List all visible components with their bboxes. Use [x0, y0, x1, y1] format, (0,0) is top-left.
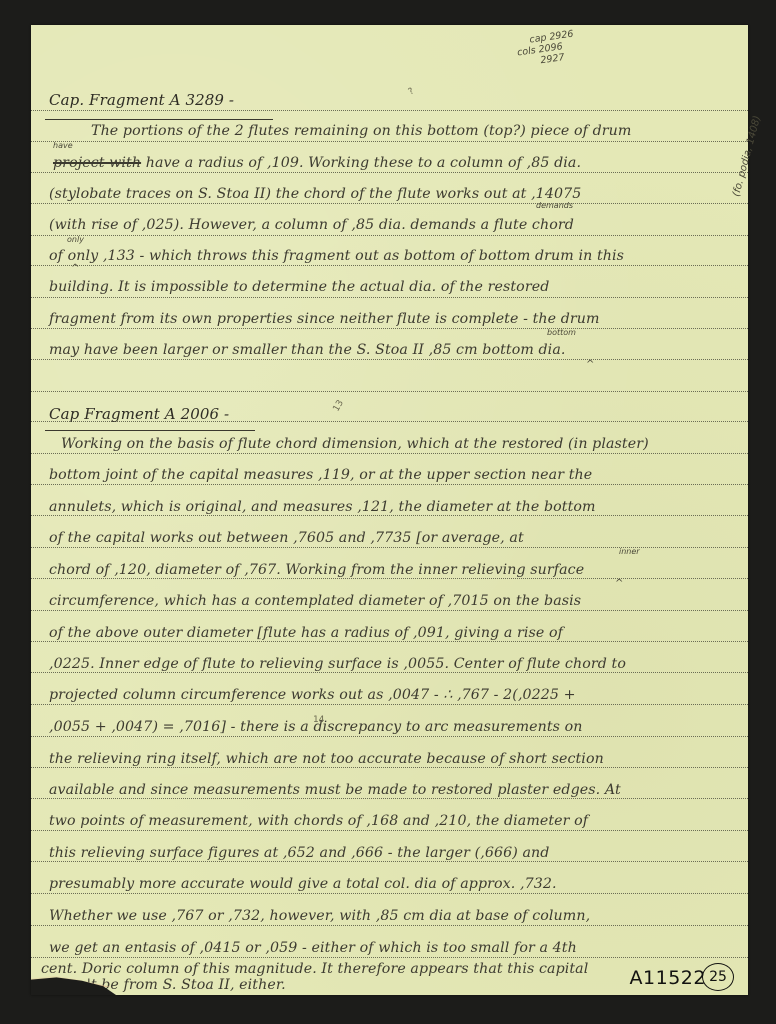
ruled-line: [31, 547, 748, 548]
inserted-word: inner: [619, 547, 640, 556]
text-line: the relieving ring itself, which are not…: [49, 751, 748, 767]
text-line: building. It is impossible to determine …: [49, 279, 748, 295]
ruled-line: [31, 767, 748, 768]
text-line: The portions of the 2 flutes remaining o…: [91, 123, 748, 139]
text-line: (with rise of ,025). However, a column o…: [49, 217, 748, 233]
section-heading-a3289: Cap. Fragment A 3289 -: [49, 91, 748, 109]
ruled-line: [31, 672, 748, 673]
ruled-line: [31, 265, 748, 266]
page-number-circled: 25: [702, 963, 734, 991]
ruled-line: [31, 172, 748, 173]
text-line: Working on the basis of flute chord dime…: [61, 436, 748, 452]
inserted-word: bottom: [547, 328, 576, 337]
inserted-word: demands: [536, 201, 573, 210]
insertion-caret: ^: [71, 263, 79, 274]
ruled-line: [31, 453, 748, 454]
text-line: chord of ,120, diameter of ,767. Working…: [49, 562, 748, 578]
text-line: ,0225. Inner edge of flute to relieving …: [49, 656, 748, 672]
text-line: we get an entasis of ,0415 or ,059 - eit…: [49, 940, 748, 956]
ruled-line: [31, 641, 748, 642]
ruled-line: [31, 141, 748, 142]
text-line: of the above outer diameter [flute has a…: [49, 625, 748, 641]
text-line: of only ,133 - which throws this fragmen…: [49, 248, 748, 264]
inserted-word: only: [67, 235, 84, 244]
struck-text: project with: [53, 155, 141, 171]
ruled-line: [31, 610, 748, 611]
heading-underline: [45, 119, 273, 120]
ruled-line: [31, 861, 748, 862]
ruled-line: [31, 578, 748, 579]
ruled-line: [31, 704, 748, 705]
ruled-line: [31, 328, 748, 329]
notebook-page: cap 2926 cols 2096 2927 ? (fo. podia, 14…: [31, 25, 748, 995]
inserted-word: have: [53, 141, 73, 150]
text-line: presumably more accurate would give a to…: [49, 876, 748, 892]
ruled-line: [31, 110, 748, 111]
ruled-line: [31, 203, 748, 204]
text-line: available and since measurements must be…: [49, 782, 748, 798]
text-line: annulets, which is original, and measure…: [49, 499, 748, 515]
insertion-caret: ^: [615, 578, 623, 589]
ruled-line: [31, 297, 748, 298]
text-line: fragment from its own properties since n…: [49, 311, 748, 327]
text-line: ,0055 + ,0047) = ,7016] - there is a dis…: [49, 719, 748, 735]
ruled-line: [31, 925, 748, 926]
section-heading-a2006: Cap Fragment A 2006 -: [49, 405, 748, 423]
ruled-line: [31, 798, 748, 799]
text-line: this relieving surface figures at ,652 a…: [49, 845, 748, 861]
ruled-line: [31, 484, 748, 485]
text-line: may have been larger or smaller than the…: [49, 342, 748, 358]
text-line: of the capital works out between ,7605 a…: [49, 530, 748, 546]
text-line: bottom joint of the capital measures ,11…: [49, 467, 748, 483]
text-line: two points of measurement, with chords o…: [49, 813, 748, 829]
ruled-line: [31, 359, 748, 360]
ruled-line: [31, 736, 748, 737]
top-notes: cap 2926 cols 2096 2927: [507, 29, 577, 71]
text-line: project with have a radius of ,109. Work…: [53, 155, 748, 171]
ruled-line: [31, 830, 748, 831]
ruled-line: [31, 893, 748, 894]
ruled-line: [31, 235, 748, 236]
ruled-line: [31, 391, 748, 392]
catalog-id: A11522: [630, 967, 706, 989]
insertion-caret: ^: [586, 359, 594, 370]
text-line: projected column circumference works out…: [49, 687, 748, 703]
text-line: Whether we use ,767 or ,732, however, wi…: [49, 908, 748, 924]
heading-underline: [45, 430, 255, 431]
text-line: circumference, which has a contemplated …: [49, 593, 748, 609]
text-fragment: have a radius of ,109. Working these to …: [146, 155, 581, 171]
ruled-line: [31, 957, 748, 958]
ruled-line: [31, 515, 748, 516]
text-line: (stylobate traces on S. Stoa II) the cho…: [49, 186, 748, 202]
